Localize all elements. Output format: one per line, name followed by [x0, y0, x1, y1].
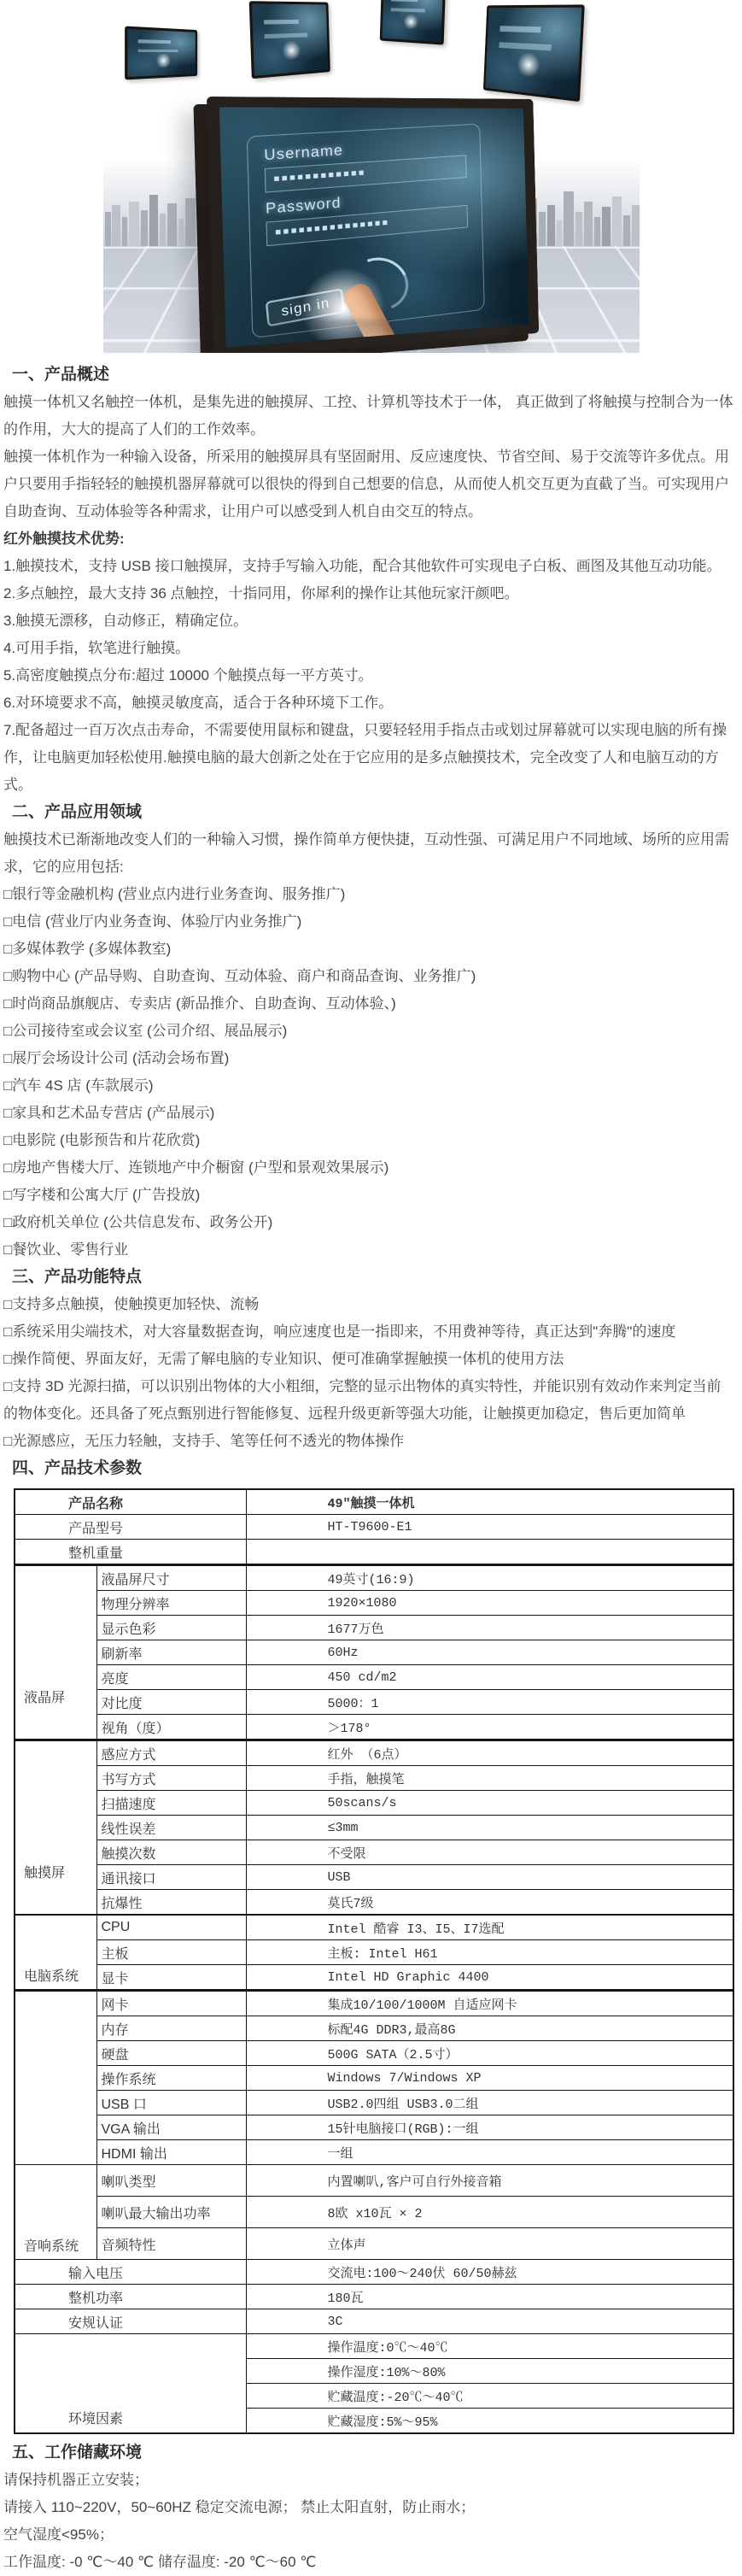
spec-value: Windows 7/Windows XP — [246, 2066, 733, 2091]
advantage-item: 1.触摸技术，支持 USB 接口触摸屏，支持手写输入功能，配合其他软件可实现电子… — [0, 553, 742, 580]
spec-value: 180瓦 — [246, 2285, 733, 2309]
spec-value — [246, 1540, 733, 1565]
spec-value: 操作温度:0℃～40℃ — [246, 2334, 733, 2359]
spec-label: 显示色彩 — [96, 1616, 246, 1640]
spec-row: 音响系统 喇叭类型 内置喇叭,客户可自行外接音箱 — [15, 2165, 733, 2197]
spec-row: 显示色彩1677万色 — [15, 1616, 733, 1640]
application-item: □公司接待室或会议室 (公司介绍、展品展示) — [0, 1018, 742, 1045]
spec-value: 1920×1080 — [246, 1591, 733, 1616]
spec-value: 60Hz — [246, 1640, 733, 1665]
spec-label: 书写方式 — [96, 1766, 246, 1791]
application-item: □电影院 (电影预告和片花欣赏) — [0, 1127, 742, 1154]
spec-label: 液晶屏尺寸 — [96, 1565, 246, 1591]
environment-line: 请保持机器正立安装； — [0, 2467, 742, 2494]
feature-item: □系统采用尖端技术，对大容量数据查询，响应速度也是一指即来，不用费神等待，真正达… — [0, 1318, 742, 1346]
section-title-applications: 二、产品应用领域 — [0, 799, 742, 826]
monitor-reflection — [242, 320, 515, 353]
mini-monitor-screen — [127, 29, 196, 77]
spec-table: 产品名称 49″触摸一体机 产品型号 HT-T9600-E1 整机重量 液晶屏 … — [14, 1488, 734, 2434]
spec-value: 一组 — [246, 2140, 733, 2165]
application-item: □房地产售楼大厅、连锁地产中介橱窗 (户型和景观效果展示) — [0, 1154, 742, 1182]
application-item: □政府机关单位 (公共信息发布、政务公开) — [0, 1209, 742, 1236]
spec-row: 产品型号 HT-T9600-E1 — [15, 1515, 733, 1540]
touchscreen-monitor: Username ■■■■■■■■■■■■ Password ■■■■■■■■■… — [207, 97, 539, 353]
spec-row: 亮度450 cd/m2 — [15, 1665, 733, 1690]
advantages-heading: 红外触摸技术优势: — [0, 525, 742, 553]
environment-line: 空气湿度<95%； — [0, 2521, 742, 2549]
product-page: Username ■■■■■■■■■■■■ Password ■■■■■■■■■… — [0, 0, 742, 2576]
spec-value: 不受限 — [246, 1840, 733, 1865]
spec-label: USB 口 — [96, 2091, 246, 2115]
spec-value: 立体声 — [246, 2228, 733, 2260]
spec-row: 物理分辨率1920×1080 — [15, 1591, 733, 1616]
spec-label: 显卡 — [96, 1965, 246, 1991]
section-title-overview: 一、产品概述 — [0, 361, 742, 389]
password-dots: ■■■■■■■■■■■■■■■ — [275, 218, 389, 238]
application-item: □写字楼和公寓大厅 (广告投放) — [0, 1182, 742, 1209]
spec-label: 触摸次数 — [96, 1840, 246, 1865]
spec-row: USB 口USB2.0四组 USB3.0二组 — [15, 2091, 733, 2115]
spec-row: 硬盘500G SATA（2.5寸） — [15, 2041, 733, 2066]
application-item: □银行等金融机构 (营业点内进行业务查询、服务推广) — [0, 881, 742, 908]
spec-value: 标配4G DDR3,最高8G — [246, 2016, 733, 2041]
spec-label: 视角（度） — [96, 1715, 246, 1740]
spec-value: 集成10/100/1000M 自适应网卡 — [246, 1991, 733, 2016]
spec-row: 扫描速度50scans/s — [15, 1791, 733, 1816]
spec-label: 物理分辨率 — [96, 1591, 246, 1616]
spec-value: 15针电脑接口(RGB):一组 — [246, 2115, 733, 2140]
spec-row: 内存标配4G DDR3,最高8G — [15, 2016, 733, 2041]
spec-value: Intel HD Graphic 4400 — [246, 1965, 733, 1991]
spec-value: HT-T9600-E1 — [246, 1515, 733, 1540]
spec-row: 抗爆性莫氏7级 — [15, 1890, 733, 1916]
spec-value: USB — [246, 1865, 733, 1890]
section-title-features: 三、产品功能特点 — [0, 1264, 742, 1291]
spec-row: HDMI 输出一组 — [15, 2140, 733, 2165]
application-item: □电信 (营业厅内业务查询、体验厅内业务推广) — [0, 908, 742, 936]
spec-row: 电脑系统 CPU Intel 酷睿 I3、I5、I7选配 — [15, 1915, 733, 1940]
spec-label: 硬盘 — [96, 2041, 246, 2066]
spec-row: VGA 输出15针电脑接口(RGB):一组 — [15, 2115, 733, 2140]
spec-value: 手指，触摸笔 — [246, 1766, 733, 1791]
spec-value: ＞178° — [246, 1715, 733, 1740]
spec-row: 触摸屏 感应方式 红外 （6点） — [15, 1740, 733, 1766]
spec-value: 交流电:100～240伏 60/50赫兹 — [246, 2260, 733, 2285]
spec-value: 贮藏湿度:5%～95% — [246, 2409, 733, 2434]
spec-value: Intel 酷睿 I3、I5、I7选配 — [246, 1915, 733, 1940]
mini-monitor-screen — [383, 0, 443, 42]
spec-value: USB2.0四组 USB3.0二组 — [246, 2091, 733, 2115]
application-item: □时尚商品旗舰店、专卖店 (新品推介、自助查询、互动体验、) — [0, 990, 742, 1018]
spec-label: 亮度 — [96, 1665, 246, 1690]
spec-group-audio: 音响系统 — [15, 2165, 96, 2260]
spec-row: 刷新率60Hz — [15, 1640, 733, 1665]
spec-value: 450 cd/m2 — [246, 1665, 733, 1690]
spec-value: 8欧 x10瓦 × 2 — [246, 2197, 733, 2228]
spec-value: ≤3mm — [246, 1816, 733, 1840]
spec-group-io — [15, 1991, 96, 2165]
spec-label: 整机功率 — [15, 2285, 246, 2309]
mini-monitor-1 — [125, 26, 197, 80]
spec-value: 5000：1 — [246, 1690, 733, 1715]
spec-label: 输入电压 — [15, 2260, 246, 2285]
environment-line: 请接入 110~220V，50~60HZ 稳定交流电源； 禁止太阳直射，防止雨水… — [0, 2494, 742, 2521]
application-item: □购物中心 (产品导购、自助查询、互动体验、商户和商品查询、业务推广) — [0, 963, 742, 990]
spec-row: 网卡 集成10/100/1000M 自适应网卡 — [15, 1991, 733, 2016]
spec-row: 安规认证 3C — [15, 2309, 733, 2334]
section-title-environment: 五、工作储藏环境 — [0, 2439, 742, 2467]
spec-row: 线性误差≤3mm — [15, 1816, 733, 1840]
spec-value: 3C — [246, 2309, 733, 2334]
spec-value: 红外 （6点） — [246, 1740, 733, 1766]
spec-row: 整机重量 — [15, 1540, 733, 1565]
spec-label: 喇叭最大输出功率 — [96, 2197, 246, 2228]
spec-row: 书写方式手指，触摸笔 — [15, 1766, 733, 1791]
spec-value: 49英寸(16:9) — [246, 1565, 733, 1591]
spec-label: 内存 — [96, 2016, 246, 2041]
spec-label: 通讯接口 — [96, 1865, 246, 1890]
mini-monitor-3 — [380, 0, 446, 45]
feature-item: □支持多点触摸，使触摸更加轻快、流畅 — [0, 1291, 742, 1318]
spec-label: 感应方式 — [96, 1740, 246, 1766]
spec-value: 1677万色 — [246, 1616, 733, 1640]
spec-label: 音频特性 — [96, 2228, 246, 2260]
spec-group-env: 环境因素 — [15, 2334, 246, 2434]
spec-label: 产品名称 — [15, 1489, 246, 1515]
spec-label: 喇叭类型 — [96, 2165, 246, 2197]
advantage-item: 4.可用手指，软笔进行触摸。 — [0, 635, 742, 662]
environment-line: 工作温度: -0 ℃～40 ℃ 储存温度: -20 ℃～60 ℃ — [0, 2549, 742, 2576]
spec-row: 通讯接口USB — [15, 1865, 733, 1890]
mini-monitor-screen — [252, 3, 328, 75]
spec-value: 内置喇叭,客户可自行外接音箱 — [246, 2165, 733, 2197]
spec-label: 整机重量 — [15, 1540, 246, 1565]
application-item: □汽车 4S 店 (车款展示) — [0, 1072, 742, 1100]
username-dots: ■■■■■■■■■■■■ — [273, 168, 365, 185]
spec-label: 主板 — [96, 1940, 246, 1965]
application-item: □展厅会场设计公司 (活动会场布置) — [0, 1045, 742, 1072]
mini-monitor-4 — [483, 4, 585, 102]
advantage-item: 6.对环境要求不高，触摸灵敏度高，适合于各种环境下工作。 — [0, 689, 742, 717]
spec-label: 安规认证 — [15, 2309, 246, 2334]
spec-label: 网卡 — [96, 1991, 246, 2016]
section-title-specs: 四、产品技术参数 — [0, 1455, 742, 1482]
spec-value: 操作湿度:10%～80% — [246, 2359, 733, 2384]
spec-value: 50scans/s — [246, 1791, 733, 1816]
spec-label: VGA 输出 — [96, 2115, 246, 2140]
advantage-item: 5.高密度触摸点分布:超过 10000 个触摸点每一平方英寸。 — [0, 662, 742, 689]
advantage-item: 7.配备超过一百万次点击寿命，不需要使用鼠标和键盘，只要轻轻用手指点击或划过屏幕… — [0, 717, 742, 799]
spec-label: 抗爆性 — [96, 1890, 246, 1916]
monitor-screen: Username ■■■■■■■■■■■■ Password ■■■■■■■■■… — [219, 107, 529, 347]
spec-label: 刷新率 — [96, 1640, 246, 1665]
spec-row: 输入电压 交流电:100～240伏 60/50赫兹 — [15, 2260, 733, 2285]
spec-label: CPU — [96, 1915, 246, 1940]
spec-group-lcd: 液晶屏 — [15, 1565, 96, 1740]
mini-monitor-2 — [249, 1, 330, 79]
advantage-item: 2.多点触控，最大支持 36 点触控，十指同用，你犀利的操作让其他玩家汗颜吧。 — [0, 580, 742, 607]
mini-monitor-screen — [485, 8, 581, 99]
spec-row: 液晶屏 液晶屏尺寸 49英寸(16:9) — [15, 1565, 733, 1591]
spec-label: HDMI 输出 — [96, 2140, 246, 2165]
application-item: □家具和艺术品专营店 (产品展示) — [0, 1100, 742, 1127]
applications-intro: 触摸技术已渐渐地改变人们的一种输入习惯，操作简单方便快捷，互动性强、可满足用户不… — [0, 826, 742, 881]
spec-row: 产品名称 49″触摸一体机 — [15, 1489, 733, 1515]
spec-value: 49″触摸一体机 — [246, 1489, 733, 1515]
spec-row: 环境因素 操作温度:0℃～40℃ — [15, 2334, 733, 2359]
spec-row: 喇叭最大输出功率8欧 x10瓦 × 2 — [15, 2197, 733, 2228]
application-item: □餐饮业、零售行业 — [0, 1236, 742, 1264]
spec-value: 贮藏温度:-20℃～40℃ — [246, 2384, 733, 2409]
spec-value: 500G SATA（2.5寸） — [246, 2041, 733, 2066]
spec-label: 线性误差 — [96, 1816, 246, 1840]
spec-label: 扫描速度 — [96, 1791, 246, 1816]
spec-label: 对比度 — [96, 1690, 246, 1715]
advantage-item: 3.触摸无漂移，自动修正，精确定位。 — [0, 607, 742, 635]
spec-row: 操作系统Windows 7/Windows XP — [15, 2066, 733, 2091]
spec-value: 主板: Intel H61 — [246, 1940, 733, 1965]
spec-row: 显卡Intel HD Graphic 4400 — [15, 1965, 733, 1991]
spec-row: 触摸次数不受限 — [15, 1840, 733, 1865]
spec-row: 音频特性立体声 — [15, 2228, 733, 2260]
spec-row: 整机功率 180瓦 — [15, 2285, 733, 2309]
overview-paragraph: 触摸一体机又名触控一体机，是集先进的触摸屏、工控、计算机等技术于一体， 真正做到… — [0, 389, 742, 443]
spec-label: 产品型号 — [15, 1515, 246, 1540]
spec-group-pc: 电脑系统 — [15, 1915, 96, 1991]
hero-product-image: Username ■■■■■■■■■■■■ Password ■■■■■■■■■… — [103, 0, 640, 353]
spec-value: 莫氏7级 — [246, 1890, 733, 1916]
spec-row: 主板主板: Intel H61 — [15, 1940, 733, 1965]
spec-group-touch: 触摸屏 — [15, 1740, 96, 1916]
spec-label: 操作系统 — [96, 2066, 246, 2091]
feature-item: □光源感应，无压力轻触，支持手、笔等任何不透光的物体操作 — [0, 1428, 742, 1455]
feature-item: □操作简便、界面友好，无需了解电脑的专业知识、便可准确掌握触摸一体机的使用方法 — [0, 1346, 742, 1373]
feature-item: □支持 3D 光源扫描，可以识别出物体的大小粗细，完整的显示出物体的真实特性，并… — [0, 1373, 742, 1428]
application-item: □多媒体教学 (多媒体教室) — [0, 936, 742, 963]
overview-paragraph: 触摸一体机作为一种输入设备，所采用的触摸屏具有坚固耐用、反应速度快、节省空间、易… — [0, 443, 742, 525]
spec-row: 视角（度）＞178° — [15, 1715, 733, 1740]
spec-row: 对比度5000：1 — [15, 1690, 733, 1715]
